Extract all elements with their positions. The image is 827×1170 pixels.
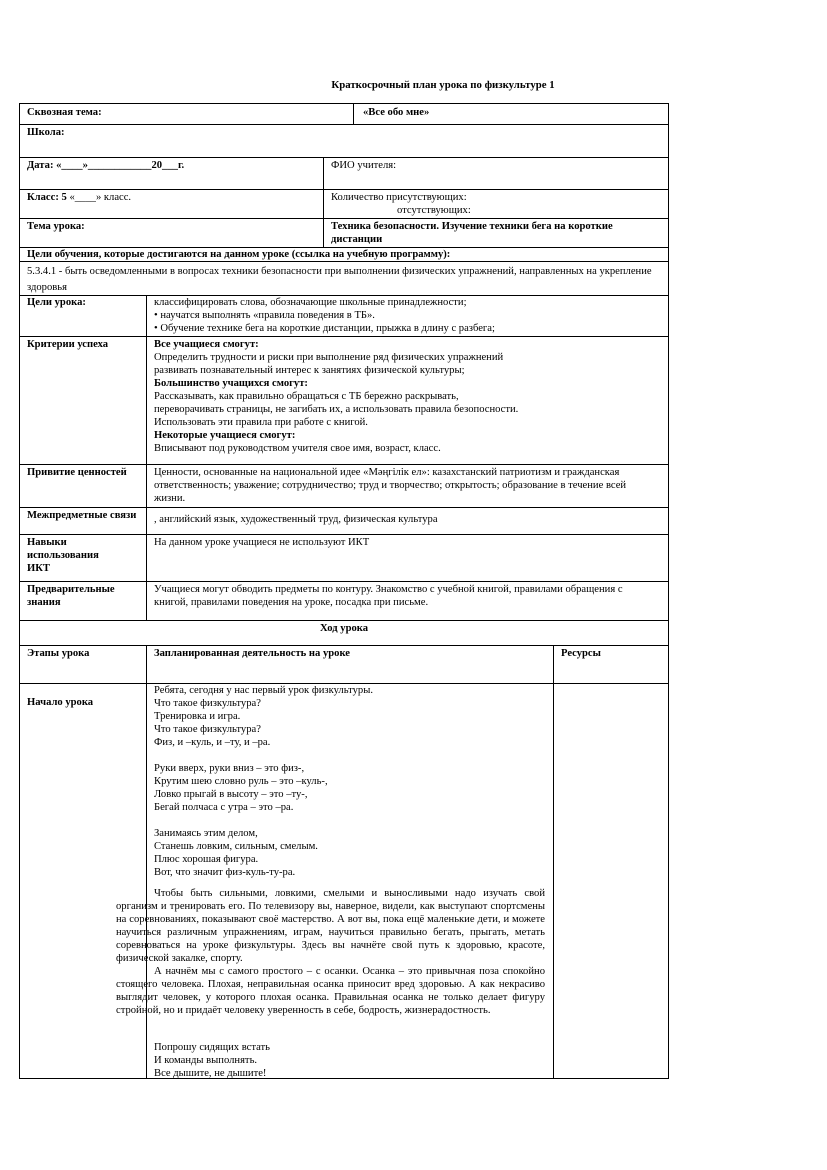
row-divider [19,464,669,465]
poem-line: Ловко прыгай в высоту – это –ту-, [154,788,549,801]
cross-subject-text: , английский язык, художественный труд, … [154,513,659,526]
teacher-label: ФИО учителя: [331,159,396,172]
row-divider [19,581,669,582]
cross-subject-label: Межпредметные связи [27,509,137,522]
col-divider [146,295,147,620]
criteria-line: Рассказывать, как правильно обращаться с… [154,390,659,403]
topic-value: Техника безопасности. Изучение техники б… [331,220,661,246]
lesson-goals-label: Цели урока: [27,296,86,309]
row-divider [19,189,669,190]
activity-intro: Ребята, сегодня у нас первый урок физкул… [154,684,549,879]
class-label: Класс: 5 «____» класс. [27,191,131,204]
criteria-all-heading: Все учащиеся смогут: [154,338,659,351]
poem-line: Бегай полчаса с утра – это –ра. [154,801,549,814]
activity-line: Ребята, сегодня у нас первый урок физкул… [154,684,549,697]
lesson-goal: • научатся выполнять «правила поведения … [154,309,659,322]
criteria-line: развивать познавательный интерес к занят… [154,364,659,377]
lesson-goal: • Обучение технике бега на короткие дист… [154,322,659,335]
row-divider [19,645,669,646]
row-divider [19,218,669,219]
row-divider [19,534,669,535]
values-label: Привитие ценностей [27,466,127,479]
col-divider [353,103,354,124]
activity-line: Что такое физкультура? [154,697,549,710]
activity-line: Что такое физкультура? [154,723,549,736]
row-divider [19,261,669,262]
poem-line: Станешь ловким, сильным, смелым. [154,840,549,853]
activity-line: Физ, и –куль, и –ту, и –ра. [154,736,549,749]
col-divider [553,645,554,1079]
row-divider [19,157,669,158]
document-title: Краткосрочный план урока по физкультуре … [0,79,827,91]
date-label: Дата: «____»____________20___г. [27,159,184,172]
learning-goals-label: Цели обучения, которые достигаются на да… [27,248,450,261]
col-header-resources: Ресурсы [561,647,601,660]
cross-theme-value: «Все обо мне» [363,106,429,119]
poem-line: Руки вверх, руки вниз – это физ-, [154,762,549,775]
col-header-activity: Запланированная деятельность на уроке [154,647,350,660]
col-header-stages: Этапы урока [27,647,89,660]
criteria-some-heading: Некоторые учащиеся смогут: [154,429,659,442]
prior-knowledge-label: Предварительные знания [27,583,142,609]
poem-line: Плюс хорошая фигура. [154,853,549,866]
closing-line: Попрошу сидящих встать [154,1041,549,1054]
stage-start: Начало урока [27,696,93,709]
lesson-goals-list: классифицировать слова, обозначающие шко… [154,296,659,335]
school-label: Школа: [27,126,65,139]
prior-knowledge-text: Учащиеся могут обводить предметы по конт… [154,583,659,609]
criteria-most-heading: Большинство учащихся смогут: [154,377,659,390]
ict-text: На данном уроке учащиеся не используют И… [154,536,659,549]
values-text: Ценности, основанные на национальной иде… [154,466,659,505]
criteria-line: Определить трудности и риски при выполне… [154,351,659,364]
activity-closing: Попрошу сидящих встать И команды выполня… [154,1041,549,1080]
lesson-goal: классифицировать слова, обозначающие шко… [154,296,659,309]
activity-paragraph-2: А начнём мы с самого простого – с осанки… [116,965,545,1017]
present-label: Количество присутствующих: [331,191,467,204]
criteria-line: переворачивать страницы, не загибать их,… [154,403,659,416]
row-divider [19,620,669,621]
criteria-line: Вписывают под руководством учителя свое … [154,442,659,455]
poem-line: Вот, что значит физ-куль-ту-ра. [154,866,549,879]
topic-label: Тема урока: [27,220,85,233]
row-divider [19,507,669,508]
class-label-rest: «____» класс. [67,192,131,203]
activity-line: Тренировка и игра. [154,710,549,723]
poem-line: Крутим шею словно руль – это –куль-, [154,775,549,788]
cross-theme-label: Сквозная тема: [27,106,102,119]
poem-line: Занимаясь этим делом, [154,827,549,840]
ict-label: Навыки использования ИКТ [27,536,122,575]
success-criteria-label: Критерии успеха [27,338,108,351]
closing-line: Все дышите, не дышите! [154,1067,549,1080]
success-criteria-content: Все учащиеся смогут: Определить трудност… [154,338,659,455]
col-divider [323,157,324,247]
row-divider [19,124,669,125]
row-divider [19,336,669,337]
lesson-flow-heading: Ход урока [19,622,669,635]
criteria-line: Использовать эти правила при работе с кн… [154,416,659,429]
closing-line: И команды выполнять. [154,1054,549,1067]
learning-goals-text: 5.3.4.1 - быть осведомленными в вопросах… [27,264,657,296]
class-label-bold: Класс: 5 [27,192,67,203]
activity-paragraph-1: Чтобы быть сильными, ловкими, смелыми и … [116,887,545,965]
absent-label: отсутствующих: [397,204,471,217]
